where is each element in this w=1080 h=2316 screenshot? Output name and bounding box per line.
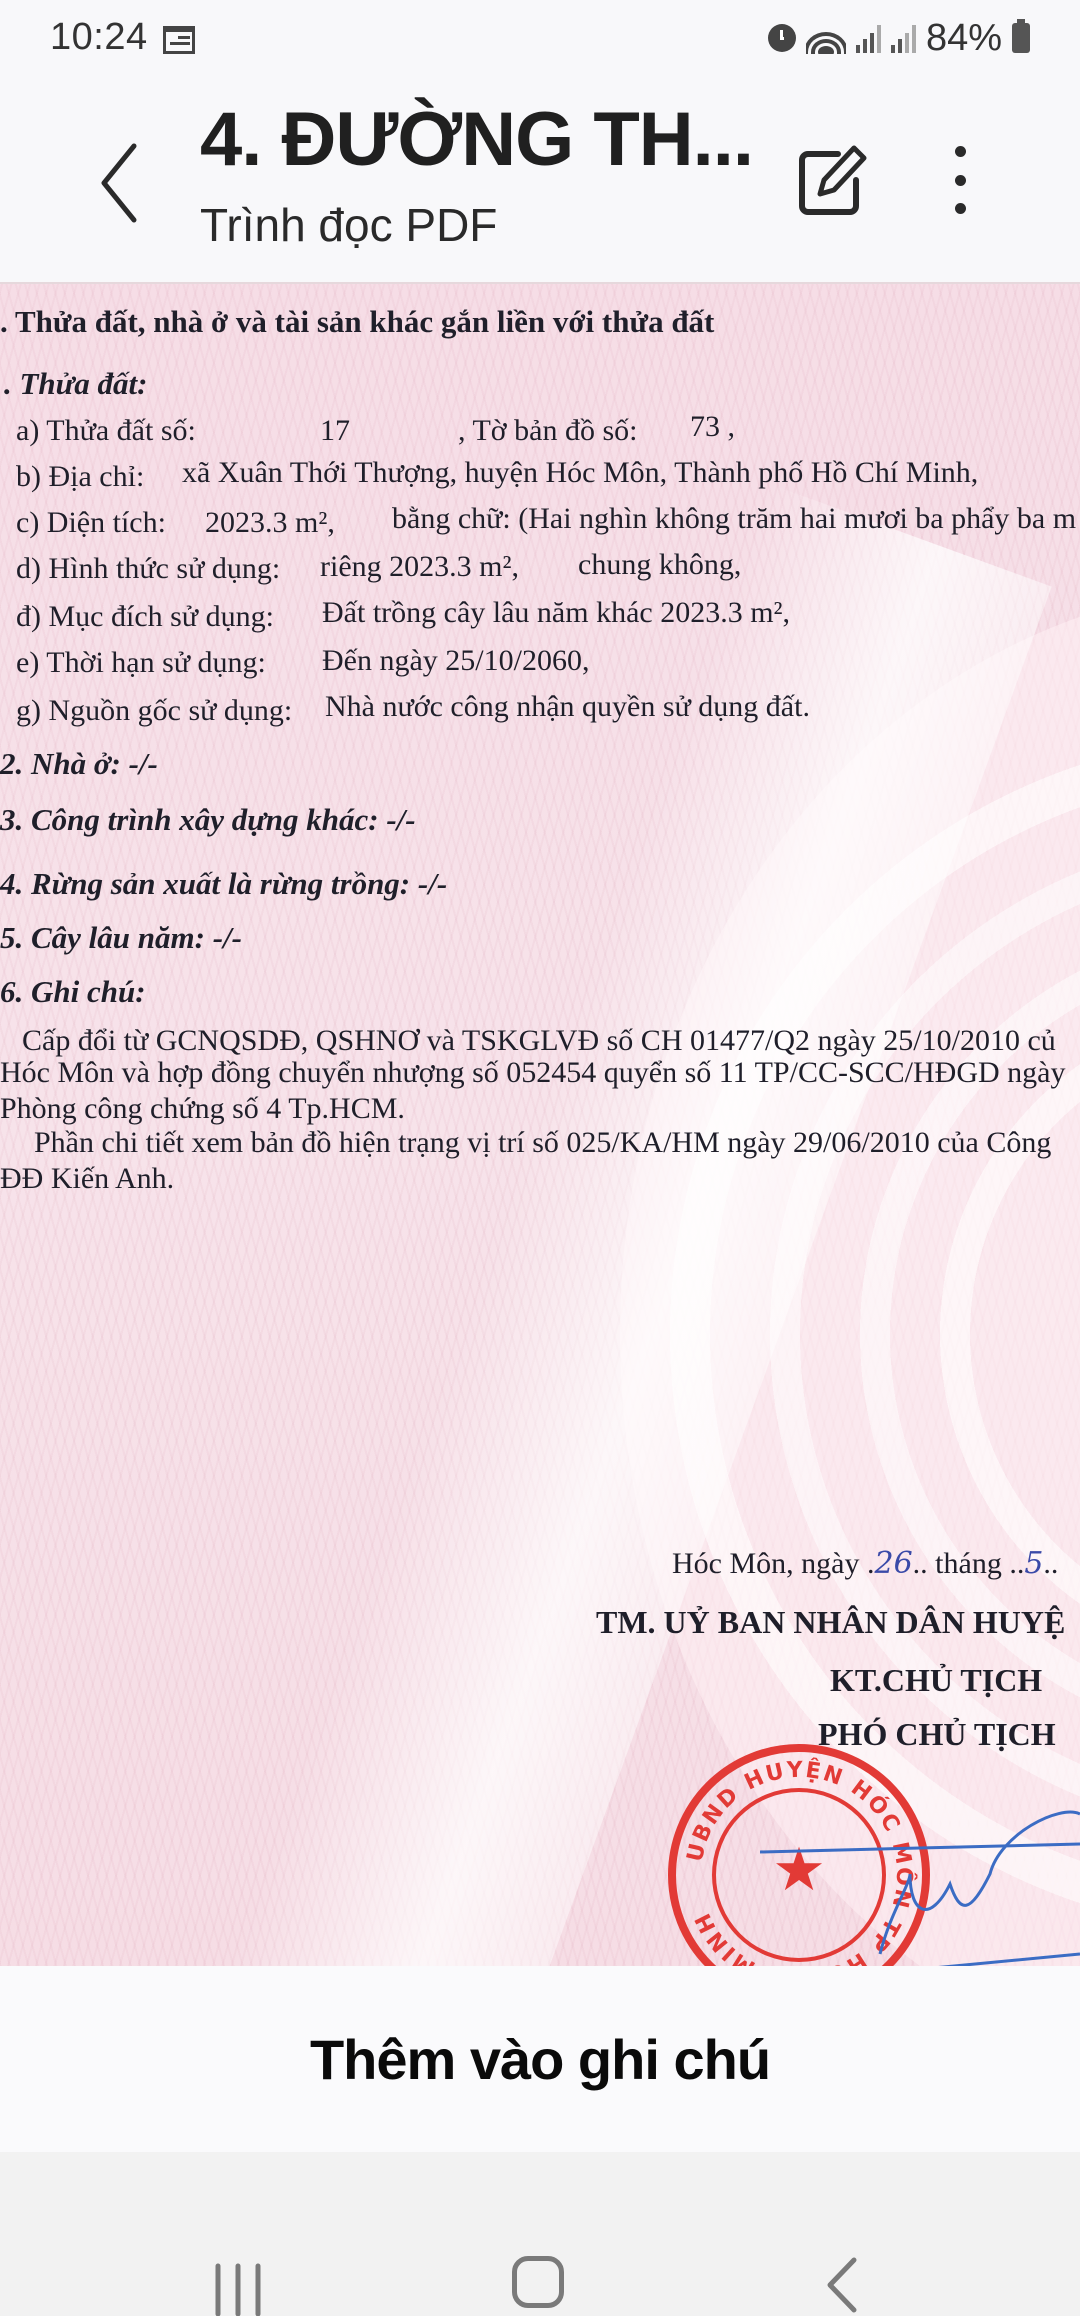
add-to-note-button[interactable]: Thêm vào ghi chú	[310, 2027, 770, 2092]
app-bar: 4. ĐƯỜNG TH... Trình đọc PDF	[0, 80, 1080, 282]
field-a-value: 17	[320, 414, 350, 448]
field-d-shared: chung không,	[578, 548, 741, 582]
note-line: ĐĐ Kiến Anh.	[0, 1162, 174, 1196]
field-a-map-value: 73 ,	[690, 410, 735, 444]
battery-percent: 84%	[926, 17, 1002, 60]
field-d-label: d) Hình thức sử dụng:	[16, 552, 280, 586]
item-5-perennial: 5. Cây lâu năm: -/-	[0, 920, 242, 956]
status-bar: 10:24 84%	[0, 0, 1080, 80]
alarm-icon	[768, 24, 796, 52]
field-e-label: e) Thời hạn sử dụng:	[16, 646, 266, 680]
note-line: Hóc Môn và hợp đồng chuyển nhượng số 052…	[0, 1056, 1065, 1090]
more-options-button[interactable]	[940, 140, 980, 220]
back-button[interactable]	[92, 138, 152, 228]
field-g-label: g) Nguồn gốc sử dụng:	[16, 694, 292, 728]
status-time: 10:24	[50, 16, 148, 59]
position-line-1: KT.CHỦ TỊCH	[830, 1662, 1042, 1699]
position-line-2: PHÓ CHỦ TỊCH	[818, 1716, 1056, 1753]
field-dd-label: đ) Mục đích sử dụng:	[16, 600, 274, 634]
home-icon[interactable]	[512, 2256, 564, 2308]
field-d-private: riêng 2023.3 m²,	[320, 550, 519, 584]
item-3-construction: 3. Công trình xây dựng khác: -/-	[0, 802, 416, 838]
note-line: Phần chi tiết xem bản đồ hiện trạng vị t…	[34, 1126, 1051, 1160]
edit-button[interactable]	[798, 140, 870, 220]
authority-title: TM. UỶ BAN NHÂN DÂN HUYỆ	[596, 1604, 1065, 1641]
item-2-house: 2. Nhà ở: -/-	[0, 746, 158, 782]
field-b-value: xã Xuân Thới Thượng, huyện Hóc Môn, Thàn…	[182, 456, 978, 490]
date-day: 26	[874, 1546, 912, 1581]
signature	[760, 1804, 1080, 1968]
field-c-value: 2023.3 m²,	[205, 506, 335, 540]
edit-icon	[798, 140, 870, 220]
item-4-forest: 4. Rừng sản xuất là rừng trồng: -/-	[0, 866, 447, 902]
battery-icon	[1012, 23, 1030, 53]
pdf-page-view[interactable]: . Thửa đất, nhà ở và tài sản khác gắn li…	[0, 282, 1080, 1968]
field-c-label: c) Diện tích:	[16, 506, 166, 540]
date-month: 5	[1024, 1546, 1043, 1581]
field-e-value: Đến ngày 25/10/2060,	[322, 644, 589, 678]
subsection-heading: . Thửa đất:	[4, 366, 147, 402]
calendar-icon	[163, 26, 195, 54]
field-dd-value: Đất trồng cây lâu năm khác 2023.3 m²,	[322, 596, 790, 630]
field-b-label: b) Địa chỉ:	[16, 460, 144, 494]
date-line: Hóc Môn, ngày .26.. tháng ..5..	[672, 1546, 1058, 1581]
status-icons: 84%	[768, 16, 1030, 60]
signal-icon	[856, 23, 881, 53]
recents-icon[interactable]	[212, 2262, 264, 2316]
document-title: 4. ĐƯỜNG TH...	[200, 96, 753, 183]
more-vertical-icon	[955, 146, 966, 157]
signal-icon	[891, 23, 916, 53]
chevron-left-icon	[92, 138, 152, 228]
item-6-notes: 6. Ghi chú:	[0, 974, 146, 1010]
note-line: Phòng công chứng số 4 Tp.HCM.	[0, 1092, 405, 1126]
navigation-bar	[0, 2152, 1080, 2316]
note-line: Cấp đổi từ GCNQSDĐ, QSHNƠ và TSKGLVĐ số …	[22, 1024, 1056, 1058]
add-to-note-bar: Thêm vào ghi chú	[0, 1966, 1080, 2152]
field-c-words: bằng chữ: (Hai nghìn không trăm hai mươi…	[392, 502, 1076, 536]
field-a-label: a) Thửa đất số:	[16, 414, 196, 448]
wifi-icon	[806, 22, 846, 54]
field-g-value: Nhà nước công nhận quyền sử dụng đất.	[325, 690, 810, 724]
section-heading: . Thửa đất, nhà ở và tài sản khác gắn li…	[0, 304, 714, 340]
back-icon[interactable]	[822, 2256, 862, 2314]
app-subtitle: Trình đọc PDF	[200, 198, 497, 252]
field-a-map-label: , Tờ bản đồ số:	[458, 414, 637, 448]
